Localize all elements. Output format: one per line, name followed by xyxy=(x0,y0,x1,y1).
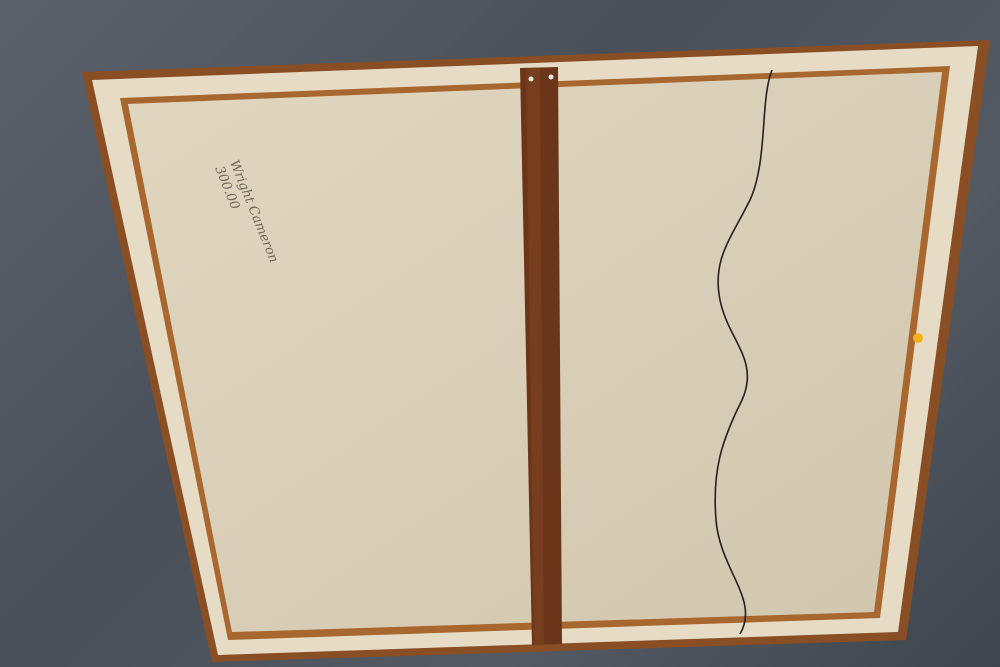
price-tag-dot xyxy=(913,333,923,343)
photo-scene: Wright Cameron 300.00 xyxy=(0,0,1000,667)
framed-canvas-back xyxy=(0,0,1000,667)
screw-icon xyxy=(549,75,554,80)
screw-icon xyxy=(529,77,534,82)
